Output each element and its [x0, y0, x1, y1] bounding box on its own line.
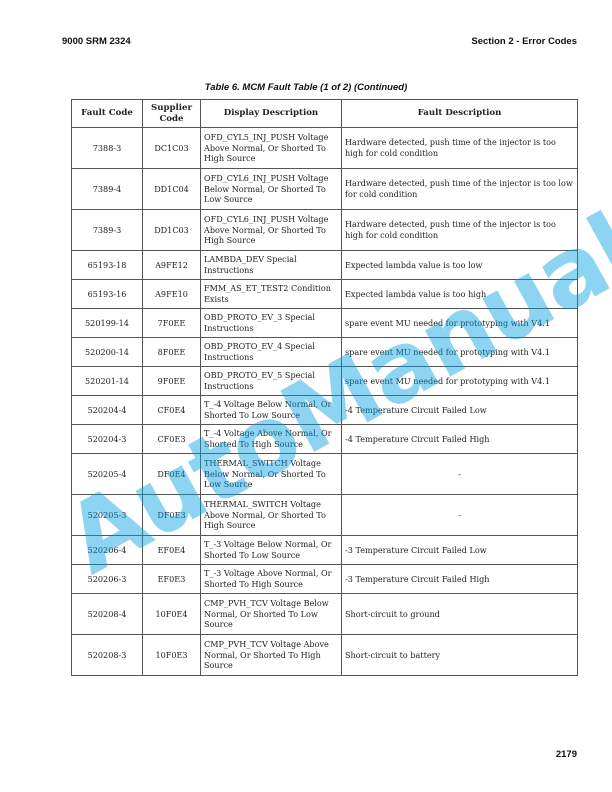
- table-row: 7389-4DD1C04OFD_CYL6_INJ_PUSH Voltage Be…: [72, 169, 578, 210]
- display-description-cell: FMM_AS_ET_TEST2 Condition Exists: [201, 280, 342, 309]
- display-description-cell: LAMBDA_DEV Special Instructions: [201, 251, 342, 280]
- table-header-row: Fault Code Supplier Code Display Descrip…: [72, 100, 578, 128]
- display-description-cell: OFD_CYL5_INJ_PUSH Voltage Above Normal, …: [201, 128, 342, 169]
- fault-code-cell: 7388-3: [72, 128, 143, 169]
- document-id: 9000 SRM 2324: [62, 36, 131, 47]
- supplier-code-cell: DF0E4: [143, 454, 201, 495]
- fault-code-cell: 520205-3: [72, 495, 143, 536]
- fault-description-cell: spare event MU needed for prototyping wi…: [342, 338, 578, 367]
- supplier-code-cell: A9FE12: [143, 251, 201, 280]
- fault-code-cell: 520205-4: [72, 454, 143, 495]
- display-description-cell: OBD_PROTO_EV_4 Special Instructions: [201, 338, 342, 367]
- supplier-code-cell: 7F0EE: [143, 309, 201, 338]
- display-description-cell: T_-4 Voltage Above Normal, Or Shorted To…: [201, 425, 342, 454]
- supplier-code-cell: EF0E4: [143, 536, 201, 565]
- fault-description-cell: Expected lambda value is too high: [342, 280, 578, 309]
- fault-table: Fault Code Supplier Code Display Descrip…: [71, 99, 578, 676]
- supplier-code-cell: 10F0E4: [143, 594, 201, 635]
- table-row: 520205-4DF0E4THERMAL_SWITCH Voltage Belo…: [72, 454, 578, 495]
- column-header-display-description: Display Description: [201, 100, 342, 128]
- fault-code-cell: 520208-4: [72, 594, 143, 635]
- fault-description-cell: -4 Temperature Circuit Failed High: [342, 425, 578, 454]
- display-description-cell: T_-3 Voltage Below Normal, Or Shorted To…: [201, 536, 342, 565]
- supplier-code-cell: DD1C04: [143, 169, 201, 210]
- table-row: 65193-16A9FE10FMM_AS_ET_TEST2 Condition …: [72, 280, 578, 309]
- column-header-fault-description: Fault Description: [342, 100, 578, 128]
- fault-description-cell: -: [342, 454, 578, 495]
- fault-description-cell: spare event MU needed for prototyping wi…: [342, 309, 578, 338]
- fault-description-cell: -3 Temperature Circuit Failed Low: [342, 536, 578, 565]
- document-page: 9000 SRM 2324 Section 2 - Error Codes Ta…: [0, 0, 612, 792]
- table-row: 520208-310F0E3CMP_PVH_TCV Voltage Above …: [72, 635, 578, 676]
- table-row: 520199-147F0EEOBD_PROTO_EV_3 Special Ins…: [72, 309, 578, 338]
- table-body: 7388-3DC1C03OFD_CYL5_INJ_PUSH Voltage Ab…: [72, 128, 578, 676]
- fault-description-cell: -3 Temperature Circuit Failed High: [342, 565, 578, 594]
- supplier-code-cell: 10F0E3: [143, 635, 201, 676]
- display-description-cell: THERMAL_SWITCH Voltage Below Normal, Or …: [201, 454, 342, 495]
- table-row: 520204-4CF0E4T_-4 Voltage Below Normal, …: [72, 396, 578, 425]
- table-row: 7389-3DD1C03OFD_CYL6_INJ_PUSH Voltage Ab…: [72, 210, 578, 251]
- supplier-code-cell: DF0E3: [143, 495, 201, 536]
- supplier-code-cell: 8F0EE: [143, 338, 201, 367]
- column-header-fault-code: Fault Code: [72, 100, 143, 128]
- supplier-code-cell: CF0E4: [143, 396, 201, 425]
- fault-description-cell: spare event MU needed for prototyping wi…: [342, 367, 578, 396]
- fault-code-cell: 520204-4: [72, 396, 143, 425]
- table-row: 520206-3EF0E3T_-3 Voltage Above Normal, …: [72, 565, 578, 594]
- fault-description-cell: Hardware detected, push time of the inje…: [342, 128, 578, 169]
- supplier-code-cell: CF0E3: [143, 425, 201, 454]
- supplier-code-cell: EF0E3: [143, 565, 201, 594]
- column-header-supplier-code: Supplier Code: [143, 100, 201, 128]
- fault-code-cell: 520200-14: [72, 338, 143, 367]
- display-description-cell: OFD_CYL6_INJ_PUSH Voltage Below Normal, …: [201, 169, 342, 210]
- fault-description-cell: Expected lambda value is too low: [342, 251, 578, 280]
- fault-description-cell: Hardware detected, push time of the inje…: [342, 210, 578, 251]
- fault-code-cell: 520206-4: [72, 536, 143, 565]
- fault-description-cell: Hardware detected, push time of the inje…: [342, 169, 578, 210]
- display-description-cell: T_-3 Voltage Above Normal, Or Shorted To…: [201, 565, 342, 594]
- display-description-cell: T_-4 Voltage Below Normal, Or Shorted To…: [201, 396, 342, 425]
- page-number: 2179: [556, 749, 577, 760]
- supplier-code-cell: DC1C03: [143, 128, 201, 169]
- supplier-code-cell: 9F0EE: [143, 367, 201, 396]
- table-row: 520201-149F0EEOBD_PROTO_EV_5 Special Ins…: [72, 367, 578, 396]
- supplier-code-cell: DD1C03: [143, 210, 201, 251]
- supplier-code-cell: A9FE10: [143, 280, 201, 309]
- fault-code-cell: 520199-14: [72, 309, 143, 338]
- display-description-cell: OBD_PROTO_EV_5 Special Instructions: [201, 367, 342, 396]
- fault-code-cell: 7389-3: [72, 210, 143, 251]
- table-row: 520204-3CF0E3T_-4 Voltage Above Normal, …: [72, 425, 578, 454]
- table-row: 520200-148F0EEOBD_PROTO_EV_4 Special Ins…: [72, 338, 578, 367]
- fault-code-cell: 520204-3: [72, 425, 143, 454]
- table-row: 65193-18A9FE12LAMBDA_DEV Special Instruc…: [72, 251, 578, 280]
- fault-description-cell: Short-circuit to battery: [342, 635, 578, 676]
- fault-code-cell: 520206-3: [72, 565, 143, 594]
- fault-description-cell: Short-circuit to ground: [342, 594, 578, 635]
- table-caption: Table 6. MCM Fault Table (1 of 2) (Conti…: [0, 82, 612, 93]
- table-row: 7388-3DC1C03OFD_CYL5_INJ_PUSH Voltage Ab…: [72, 128, 578, 169]
- fault-code-cell: 520201-14: [72, 367, 143, 396]
- display-description-cell: OFD_CYL6_INJ_PUSH Voltage Above Normal, …: [201, 210, 342, 251]
- section-title: Section 2 - Error Codes: [471, 36, 577, 47]
- display-description-cell: THERMAL_SWITCH Voltage Above Normal, Or …: [201, 495, 342, 536]
- table-row: 520206-4EF0E4T_-3 Voltage Below Normal, …: [72, 536, 578, 565]
- display-description-cell: OBD_PROTO_EV_3 Special Instructions: [201, 309, 342, 338]
- fault-code-cell: 65193-16: [72, 280, 143, 309]
- display-description-cell: CMP_PVH_TCV Voltage Above Normal, Or Sho…: [201, 635, 342, 676]
- fault-code-cell: 65193-18: [72, 251, 143, 280]
- table-row: 520205-3DF0E3THERMAL_SWITCH Voltage Abov…: [72, 495, 578, 536]
- fault-description-cell: -: [342, 495, 578, 536]
- display-description-cell: CMP_PVH_TCV Voltage Below Normal, Or Sho…: [201, 594, 342, 635]
- fault-description-cell: -4 Temperature Circuit Failed Low: [342, 396, 578, 425]
- fault-code-cell: 520208-3: [72, 635, 143, 676]
- table-row: 520208-410F0E4CMP_PVH_TCV Voltage Below …: [72, 594, 578, 635]
- fault-code-cell: 7389-4: [72, 169, 143, 210]
